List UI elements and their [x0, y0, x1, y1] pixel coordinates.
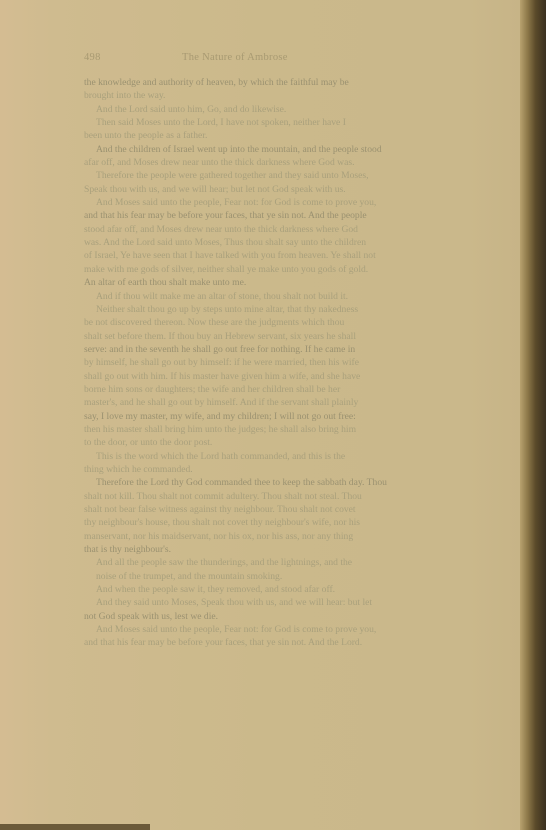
page-number: 498 [84, 52, 101, 63]
running-head: The Nature of Ambrose [182, 52, 288, 63]
text-line: master's, and he shall go out by himself… [84, 396, 502, 409]
text-line: borne him sons or daughters; the wife an… [84, 383, 502, 396]
text-line: shalt set before them. If thou buy an He… [84, 330, 502, 343]
text-line: shalt not kill. Thou shalt not commit ad… [84, 490, 502, 503]
text-line: And all the people saw the thunderings, … [84, 556, 502, 569]
text-line: brought into the way. [84, 89, 502, 102]
text-line: be not discovered thereon. Now these are… [84, 316, 502, 329]
text-line: Neither shalt thou go up by steps unto m… [84, 303, 502, 316]
text-line: and that his fear may be before your fac… [84, 209, 502, 222]
text-line: of Israel, Ye have seen that I have talk… [84, 249, 502, 262]
text-line: And Moses said unto the people, Fear not… [84, 623, 502, 636]
text-line: that is thy neighbour's. [84, 543, 502, 556]
text-line: make with me gods of silver, neither sha… [84, 263, 502, 276]
text-line: not God speak with us, lest we die. [84, 610, 502, 623]
text-line: And they said unto Moses, Speak thou wit… [84, 596, 502, 609]
page-edge-shadow [0, 824, 150, 830]
text-line: say, I love my master, my wife, and my c… [84, 410, 502, 423]
text-line: shalt not bear false witness against thy… [84, 503, 502, 516]
text-line: Speak thou with us, and we will hear; bu… [84, 183, 502, 196]
text-line: shall go out with him. If his master hav… [84, 370, 502, 383]
book-spine-shadow [520, 0, 546, 830]
text-line: Therefore the people were gathered toget… [84, 169, 502, 182]
text-line: Then said Moses unto the Lord, I have no… [84, 116, 502, 129]
text-line: and that his fear may be before your fac… [84, 636, 502, 649]
text-line: then his master shall bring him unto the… [84, 423, 502, 436]
text-line: thing which he commanded. [84, 463, 502, 476]
text-line: manservant, nor his maidservant, nor his… [84, 530, 502, 543]
book-page: 498 The Nature of Ambrose the knowledge … [0, 0, 520, 830]
text-line: And the children of Israel went up into … [84, 143, 502, 156]
text-line: been unto the people as a father. [84, 129, 502, 142]
text-line: by himself, he shall go out by himself: … [84, 356, 502, 369]
text-line: And when the people saw it, they removed… [84, 583, 502, 596]
text-line: And if thou wilt make me an altar of sto… [84, 290, 502, 303]
text-line: afar off, and Moses drew near unto the t… [84, 156, 502, 169]
text-line: An altar of earth thou shalt make unto m… [84, 276, 502, 289]
text-line: Therefore the Lord thy God commanded the… [84, 476, 502, 489]
text-line: noise of the trumpet, and the mountain s… [84, 570, 502, 583]
text-line: was. And the Lord said unto Moses, Thus … [84, 236, 502, 249]
text-line: serve: and in the seventh he shall go ou… [84, 343, 502, 356]
text-line: to the door, or unto the door post. [84, 436, 502, 449]
text-line: stood afar off, and Moses drew near unto… [84, 223, 502, 236]
text-line: thy neighbour's house, thou shalt not co… [84, 516, 502, 529]
text-line: This is the word which the Lord hath com… [84, 450, 502, 463]
text-line: And the Lord said unto him, Go, and do l… [84, 103, 502, 116]
text-line: And Moses said unto the people, Fear not… [84, 196, 502, 209]
text-line: the knowledge and authority of heaven, b… [84, 76, 502, 89]
page-body-text: the knowledge and authority of heaven, b… [84, 76, 502, 650]
